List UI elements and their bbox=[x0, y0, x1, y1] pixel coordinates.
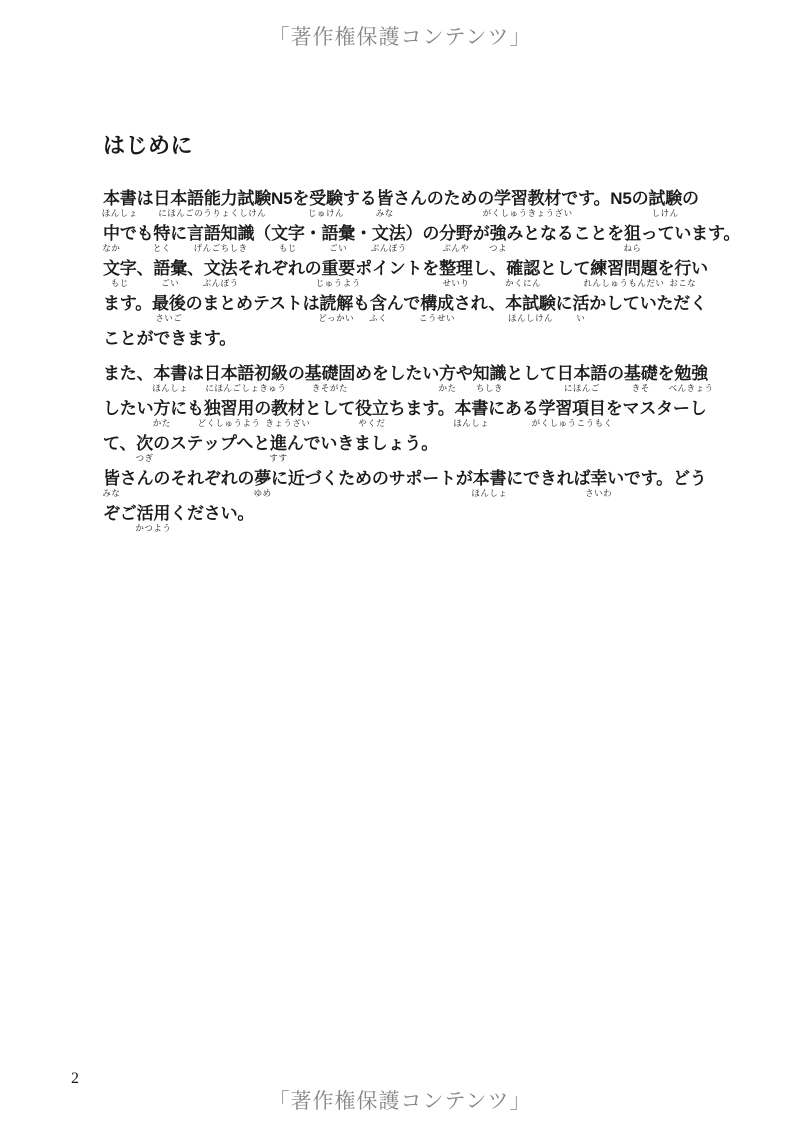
text-segment: て、 bbox=[103, 433, 136, 455]
furigana: どっかい bbox=[318, 314, 354, 323]
furigana: こうせい bbox=[419, 314, 455, 323]
furigana: きょうざい bbox=[265, 419, 310, 428]
text-segment: され、 bbox=[454, 293, 505, 315]
ruby-segment: 次つぎ bbox=[136, 433, 153, 455]
text-segment: めをしたい bbox=[355, 363, 439, 385]
ruby-segment: 受験じゅけん bbox=[309, 188, 343, 210]
furigana: げんごちしき bbox=[194, 244, 248, 253]
text-segment: のステップへと bbox=[153, 433, 270, 455]
text-segment: んでいきましょう。 bbox=[287, 433, 438, 455]
furigana: せいり bbox=[442, 279, 469, 288]
ruby-segment: 重要じゅうよう bbox=[321, 258, 355, 280]
text-line: 本書ほんしょは日本語能力試験にほんごのうりょくしけんN5を受験じゅけんする皆みな… bbox=[103, 188, 713, 223]
body-text: 本書ほんしょは日本語能力試験にほんごのうりょくしけんN5を受験じゅけんする皆みな… bbox=[103, 188, 713, 538]
text-segment: は bbox=[187, 363, 204, 385]
furigana: さいご bbox=[155, 314, 182, 323]
furigana: とく bbox=[153, 244, 171, 253]
text-segment: の bbox=[288, 363, 305, 385]
text-segment: （ bbox=[254, 223, 271, 245]
text-segment: また、 bbox=[103, 363, 153, 385]
ruby-segment: 役立やくだ bbox=[355, 398, 389, 420]
furigana: ほんしょ bbox=[152, 384, 188, 393]
text-line: また、本書ほんしょは日本語初級にほんごしょきゅうの基礎固きそがためをしたい方かた… bbox=[103, 363, 713, 398]
furigana: つよ bbox=[489, 244, 507, 253]
text-segment: のまとめテストは bbox=[186, 293, 320, 315]
text-line: ぞご活用かつようください。 bbox=[103, 503, 713, 538]
text-line: ます。最後さいごのまとめテストは読解どっかいも含ふくんで構成こうせいされ、本試験… bbox=[103, 293, 713, 328]
ruby-segment: 確認かくにん bbox=[506, 258, 540, 280]
ruby-segment: 語彙ごい bbox=[321, 223, 355, 245]
text-line: て、次つぎのステップへと進すすんでいきましょう。 bbox=[103, 433, 713, 468]
furigana: ゆめ bbox=[254, 489, 272, 498]
ruby-segment: 分野ぶんや bbox=[439, 223, 473, 245]
ruby-segment: 学習項目がくしゅうこうもく bbox=[539, 398, 606, 420]
ruby-segment: 本書ほんしょ bbox=[455, 398, 489, 420]
text-segment: 、 bbox=[137, 258, 154, 280]
text-segment: をマスターし bbox=[606, 398, 707, 420]
ruby-segment: 本書ほんしょ bbox=[103, 188, 137, 210]
text-segment: っています。 bbox=[641, 223, 740, 245]
furigana: ごい bbox=[329, 244, 347, 253]
ruby-segment: 知識ちしき bbox=[473, 363, 507, 385]
furigana: きそがた bbox=[312, 384, 348, 393]
furigana: べんきょう bbox=[669, 384, 714, 393]
text-line: 文字もじ、語彙ごい、文法ぶんぽうそれぞれの重要じゅうようポイントを整理せいりし、… bbox=[103, 258, 713, 293]
text-segment: さんのそれぞれの bbox=[120, 468, 254, 490]
ruby-segment: 勉強べんきょう bbox=[674, 363, 708, 385]
ruby-segment: 方かた bbox=[153, 398, 170, 420]
text-segment: に bbox=[556, 293, 573, 315]
text-segment: ・ bbox=[305, 223, 322, 245]
ruby-segment: 本試験ほんしけん bbox=[505, 293, 555, 315]
text-segment: みとなることを bbox=[506, 223, 624, 245]
text-segment: ポイントを bbox=[355, 258, 439, 280]
text-segment: し、 bbox=[473, 258, 507, 280]
text-segment: の bbox=[607, 363, 624, 385]
ruby-segment: 読解どっかい bbox=[319, 293, 353, 315]
furigana: なか bbox=[102, 244, 120, 253]
text-segment: として bbox=[506, 363, 556, 385]
furigana: みな bbox=[376, 209, 394, 218]
text-line: 皆みなさんのそれぞれの夢ゆめに近づくためのサポートが本書ほんしょにできれば幸さい… bbox=[103, 468, 713, 503]
furigana: じゅうよう bbox=[316, 279, 361, 288]
furigana: ぶんぽう bbox=[203, 279, 239, 288]
text-segment: い bbox=[691, 258, 708, 280]
text-segment: や bbox=[456, 363, 473, 385]
ruby-segment: 語彙ごい bbox=[153, 258, 187, 280]
furigana: つぎ bbox=[136, 454, 154, 463]
furigana: れんしゅうもんだい bbox=[583, 279, 664, 288]
ruby-segment: 構成こうせい bbox=[420, 293, 454, 315]
ruby-segment: 文法ぶんぽう bbox=[204, 258, 238, 280]
furigana: ぶんぽう bbox=[371, 244, 407, 253]
ruby-segment: 最後さいご bbox=[152, 293, 186, 315]
furigana: ふく bbox=[369, 314, 387, 323]
text-segment: でも bbox=[120, 223, 154, 245]
text-segment: 、 bbox=[187, 258, 204, 280]
ruby-segment: 整理せいり bbox=[439, 258, 473, 280]
furigana: ほんしょ bbox=[471, 489, 507, 498]
page-title: はじめに bbox=[103, 129, 193, 160]
text-segment: も bbox=[353, 293, 370, 315]
furigana: い bbox=[576, 314, 585, 323]
ruby-segment: 皆みな bbox=[376, 188, 393, 210]
furigana: にほんごのうりょくしけん bbox=[158, 209, 266, 218]
text-line: ことができます。 bbox=[103, 328, 713, 363]
furigana: ほんしけん bbox=[508, 314, 553, 323]
ruby-segment: 教材きょうざい bbox=[271, 398, 305, 420]
text-segment: は bbox=[137, 188, 154, 210]
furigana: どくしゅうよう bbox=[198, 419, 261, 428]
furigana: みな bbox=[102, 489, 120, 498]
furigana: ほんしょ bbox=[453, 419, 489, 428]
ruby-segment: 狙ねら bbox=[624, 223, 641, 245]
furigana: かくにん bbox=[505, 279, 541, 288]
text-segment: です。N5の bbox=[561, 188, 648, 210]
ruby-segment: 言語知識げんごちしき bbox=[187, 223, 254, 245]
furigana: かつよう bbox=[135, 524, 171, 533]
text-segment: それぞれの bbox=[237, 258, 321, 280]
text-segment: として bbox=[305, 398, 355, 420]
ruby-segment: 含ふく bbox=[370, 293, 387, 315]
text-segment: に bbox=[170, 223, 187, 245]
ruby-segment: 文法ぶんぽう bbox=[372, 223, 406, 245]
text-segment: さんのための bbox=[393, 188, 494, 210]
furigana: がくしゅうきょうざい bbox=[483, 209, 573, 218]
text-segment: ます。 bbox=[103, 293, 152, 315]
text-segment: の bbox=[682, 188, 699, 210]
text-segment: ください。 bbox=[170, 503, 254, 525]
ruby-segment: 基礎固きそがた bbox=[305, 363, 355, 385]
ruby-segment: 練習問題れんしゅうもんだい bbox=[590, 258, 657, 280]
furigana: ねら bbox=[623, 244, 641, 253]
furigana: しけん bbox=[652, 209, 679, 218]
ruby-segment: 独習用どくしゅうよう bbox=[204, 398, 254, 420]
ruby-segment: 日本語にほんご bbox=[557, 363, 607, 385]
ruby-segment: 学習教材がくしゅうきょうざい bbox=[494, 188, 561, 210]
furigana: にほんごしょきゅう bbox=[205, 384, 286, 393]
ruby-segment: 幸さいわ bbox=[590, 468, 607, 490]
furigana: かた bbox=[153, 419, 171, 428]
text-segment: に近づくためのサポートが bbox=[271, 468, 473, 490]
ruby-segment: 方かた bbox=[439, 363, 456, 385]
text-segment: する bbox=[343, 188, 377, 210]
ruby-segment: 本書ほんしょ bbox=[153, 363, 187, 385]
furigana: きそ bbox=[632, 384, 650, 393]
book-page: { "watermark": { "top_text": "「著作権保護コンテン… bbox=[0, 0, 800, 1136]
text-segment: にできれば bbox=[506, 468, 590, 490]
furigana: ごい bbox=[161, 279, 179, 288]
furigana: ぶんや bbox=[442, 244, 469, 253]
ruby-segment: 行おこな bbox=[674, 258, 691, 280]
text-segment: んで bbox=[387, 293, 421, 315]
ruby-segment: 特とく bbox=[153, 223, 170, 245]
text-segment: ぞご bbox=[103, 503, 137, 525]
furigana: もじ bbox=[279, 244, 297, 253]
text-segment: かしていただく bbox=[589, 293, 707, 315]
furigana: やくだ bbox=[358, 419, 385, 428]
copyright-watermark-bottom: 「著作権保護コンテンツ」 bbox=[0, 1085, 800, 1115]
furigana: ちしき bbox=[476, 384, 503, 393]
text-segment: ことができます。 bbox=[103, 328, 236, 350]
ruby-segment: 文字もじ bbox=[271, 223, 305, 245]
furigana: かた bbox=[438, 384, 456, 393]
ruby-segment: 文字もじ bbox=[103, 258, 137, 280]
text-segment: いです。どう bbox=[607, 468, 706, 490]
ruby-segment: 皆みな bbox=[103, 468, 120, 490]
furigana: すす bbox=[269, 454, 287, 463]
ruby-segment: 日本語能力試験にほんごのうりょくしけん bbox=[153, 188, 271, 210]
ruby-segment: 夢ゆめ bbox=[254, 468, 271, 490]
furigana: にほんご bbox=[564, 384, 600, 393]
text-segment: ちます。 bbox=[389, 398, 455, 420]
copyright-watermark-top: 「著作権保護コンテンツ」 bbox=[0, 21, 800, 51]
ruby-segment: 活用かつよう bbox=[137, 503, 171, 525]
furigana: ほんしょ bbox=[102, 209, 138, 218]
text-line: したい方かたにも独習用どくしゅうようの教材きょうざいとして役立やくだちます。本書… bbox=[103, 398, 713, 433]
text-segment: が bbox=[473, 223, 490, 245]
ruby-segment: 中なか bbox=[103, 223, 120, 245]
ruby-segment: 進すす bbox=[270, 433, 287, 455]
text-line: 中なかでも特とくに言語知識げんごちしき（文字もじ・語彙ごい・文法ぶんぽう）の分野… bbox=[103, 223, 713, 258]
text-segment: ・ bbox=[355, 223, 372, 245]
furigana: もじ bbox=[111, 279, 129, 288]
ruby-segment: 本書ほんしょ bbox=[473, 468, 507, 490]
ruby-segment: 日本語初級にほんごしょきゅう bbox=[204, 363, 288, 385]
ruby-segment: 基礎きそ bbox=[624, 363, 658, 385]
ruby-segment: 活い bbox=[572, 293, 589, 315]
furigana: じゅけん bbox=[308, 209, 344, 218]
ruby-segment: 強つよ bbox=[490, 223, 507, 245]
text-segment: ）の bbox=[406, 223, 440, 245]
ruby-segment: 試験しけん bbox=[648, 188, 682, 210]
text-segment: したい bbox=[103, 398, 153, 420]
text-segment: N5を bbox=[271, 188, 309, 210]
furigana: がくしゅうこうもく bbox=[532, 419, 613, 428]
